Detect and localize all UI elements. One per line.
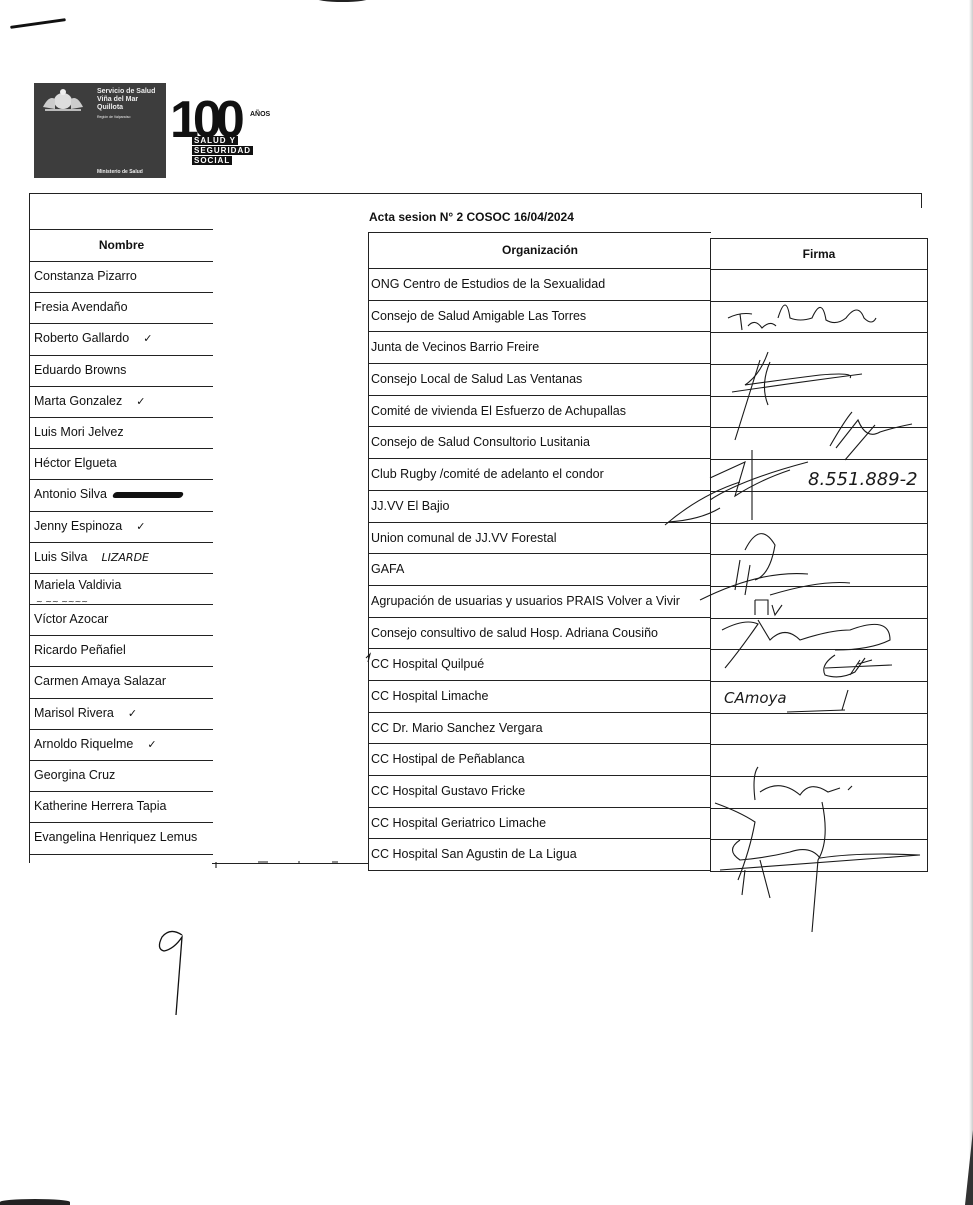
table-row-organization: Club Rugby /comité de adelanto el condor <box>369 459 711 491</box>
attendee-name: Héctor Elgueta <box>34 456 117 470</box>
table-row-name: Marisol Rivera✓ <box>30 699 213 730</box>
signature-cell[interactable] <box>711 619 927 651</box>
table-row-name: Luis SilvaLIZARDE <box>30 543 213 574</box>
table-row-organization: CC Hospital Gustavo Fricke <box>369 776 711 808</box>
scan-edge <box>969 0 973 1205</box>
table-row-name: Ricardo Peñafiel <box>30 636 213 667</box>
signature-cell[interactable] <box>711 777 927 809</box>
attendee-name: Evangelina Henriquez Lemus <box>34 830 197 844</box>
column-header-organization: Organización <box>369 232 711 269</box>
attendee-name: Fresia Avendaño <box>34 300 128 314</box>
attendee-name: Georgina Cruz <box>34 768 115 782</box>
table-row-name: Jenny Espinoza✓ <box>30 512 213 543</box>
attendee-name: Antonio Silva <box>34 487 107 501</box>
handwritten-annotation: ✓ <box>136 395 145 408</box>
attendee-name: Carmen Amaya Salazar <box>34 674 166 688</box>
signature-cell[interactable] <box>711 270 927 302</box>
signature-cell[interactable] <box>711 428 927 460</box>
table-row-organization: Consejo Local de Salud Las Ventanas <box>369 364 711 396</box>
table-row-name: Katherine Herrera Tapia <box>30 792 213 823</box>
attendee-name: Víctor Azocar <box>34 612 108 626</box>
attendee-name: Mariela Valdivia <box>34 578 121 592</box>
pen-mark <box>10 18 66 29</box>
table-row-organization: CC Hospital Geriatrico Limache <box>369 808 711 840</box>
anniversary-logo: 100 AÑOS SALUD Y SEGURIDAD SOCIAL <box>170 96 270 168</box>
signature-column: Firma <box>710 238 928 872</box>
signature-cell[interactable] <box>711 524 927 556</box>
table-row-name: Mariela Valdivia~ ~~ ~~~~ <box>30 574 213 605</box>
signature-cell[interactable] <box>711 555 927 587</box>
table-row-organization: Consejo de Salud Amigable Las Torres <box>369 301 711 333</box>
table-row-name: Víctor Azocar <box>30 605 213 636</box>
attendee-name: Constanza Pizarro <box>34 269 137 283</box>
table-row-organization: Agrupación de usuarias y usuarios PRAIS … <box>369 586 711 618</box>
attendee-name: Luis Silva <box>34 550 88 564</box>
signature-cell[interactable] <box>711 840 927 872</box>
attendee-name: Ricardo Peñafiel <box>34 643 126 657</box>
table-row-name: Georgina Cruz <box>30 761 213 792</box>
handwritten-annotation: ✓ <box>128 707 137 720</box>
handwritten-annotation: LIZARDE <box>102 551 150 564</box>
anniversary-years: AÑOS <box>250 111 270 118</box>
coat-of-arms-icon <box>41 87 85 113</box>
ministry-label: Ministerio de Salud <box>97 169 143 175</box>
table-row-organization: CC Hostipal de Peñablanca <box>369 744 711 776</box>
column-header-name: Nombre <box>30 229 213 262</box>
column-header-signature: Firma <box>711 238 927 270</box>
table-row-organization: CC Hospital Limache <box>369 681 711 713</box>
table-row-name: Evangelina Henriquez Lemus <box>30 823 213 854</box>
table-row-name: Luis Mori Jelvez <box>30 418 213 449</box>
institution-name: Servicio de Salud Viña del Mar Quillota <box>97 88 155 112</box>
signature-cell[interactable] <box>711 365 927 397</box>
table-border <box>212 863 369 864</box>
organization-column: Organización ONG Centro de Estudios de l… <box>368 232 711 871</box>
table-row-name: Marta Gonzalez✓ <box>30 387 213 418</box>
attendee-name: Eduardo Browns <box>34 363 126 377</box>
table-row-organization: Comité de vivienda El Esfuerzo de Achupa… <box>369 396 711 428</box>
table-row-name: Héctor Elgueta <box>30 449 213 480</box>
table-row-name: Constanza Pizarro <box>30 262 213 293</box>
signature-cell[interactable] <box>711 714 927 746</box>
table-row-name: Fresia Avendaño <box>30 293 213 324</box>
document-title: Acta sesion N° 2 COSOC 16/04/2024 <box>369 210 574 224</box>
institution-logo: Servicio de Salud Viña del Mar Quillota … <box>34 83 166 178</box>
signature-cell[interactable] <box>711 302 927 334</box>
attendee-name: Luis Mori Jelvez <box>34 425 124 439</box>
signature-cell[interactable] <box>711 492 927 524</box>
table-row-organization: Junta de Vecinos Barrio Freire <box>369 332 711 364</box>
signature-cell[interactable] <box>711 333 927 365</box>
scan-artifact <box>315 0 370 2</box>
signature-cell[interactable] <box>711 587 927 619</box>
signature-cell[interactable] <box>711 460 927 492</box>
attendee-name: Jenny Espinoza <box>34 519 122 533</box>
table-row-organization: GAFA <box>369 554 711 586</box>
table-row-organization: CC Hospital San Agustin de La Ligua <box>369 839 711 871</box>
table-row-name: Eduardo Browns <box>30 356 213 387</box>
handwritten-page-number <box>150 925 200 1020</box>
region-label: Región de Valparaíso <box>97 115 130 119</box>
table-row-organization: CC Hospital Quilpué <box>369 649 711 681</box>
table-row-organization: ONG Centro de Estudios de la Sexualidad <box>369 269 711 301</box>
table-row-name: Antonio Silva <box>30 480 213 511</box>
crossed-out-annotation <box>112 492 184 498</box>
attendee-name: Arnoldo Riquelme <box>34 737 133 751</box>
table-row-name: Roberto Gallardo✓ <box>30 324 213 355</box>
handwritten-annotation: ✓ <box>143 332 152 345</box>
table-row-organization: Union comunal de JJ.VV Forestal <box>369 523 711 555</box>
table-row-organization: Consejo consultivo de salud Hosp. Adrian… <box>369 618 711 650</box>
table-frame <box>29 193 922 208</box>
handwritten-annotation: ✓ <box>136 520 145 533</box>
table-row-organization: Consejo de Salud Consultorio Lusitania <box>369 427 711 459</box>
handwritten-annotation: ✓ <box>147 738 156 751</box>
signature-cell[interactable] <box>711 397 927 429</box>
signature-cell[interactable] <box>711 809 927 841</box>
attendee-name: Roberto Gallardo <box>34 331 129 345</box>
attendee-name: Marta Gonzalez <box>34 394 122 408</box>
signature-cell[interactable] <box>711 682 927 714</box>
table-row-name: Carmen Amaya Salazar <box>30 667 213 698</box>
anniversary-tags: SALUD Y SEGURIDAD SOCIAL <box>192 136 253 166</box>
names-column: Nombre Constanza PizarroFresia AvendañoR… <box>29 229 213 855</box>
scan-artifact <box>0 1199 70 1205</box>
signature-cell[interactable] <box>711 745 927 777</box>
attendee-name: Katherine Herrera Tapia <box>34 799 166 813</box>
table-row-organization: CC Dr. Mario Sanchez Vergara <box>369 713 711 745</box>
table-row-name: Arnoldo Riquelme✓ <box>30 730 213 761</box>
row-margin-marks <box>216 654 370 868</box>
signature-cell[interactable] <box>711 650 927 682</box>
table-row-organization: JJ.VV El Bajio <box>369 491 711 523</box>
attendee-name: Marisol Rivera <box>34 706 114 720</box>
